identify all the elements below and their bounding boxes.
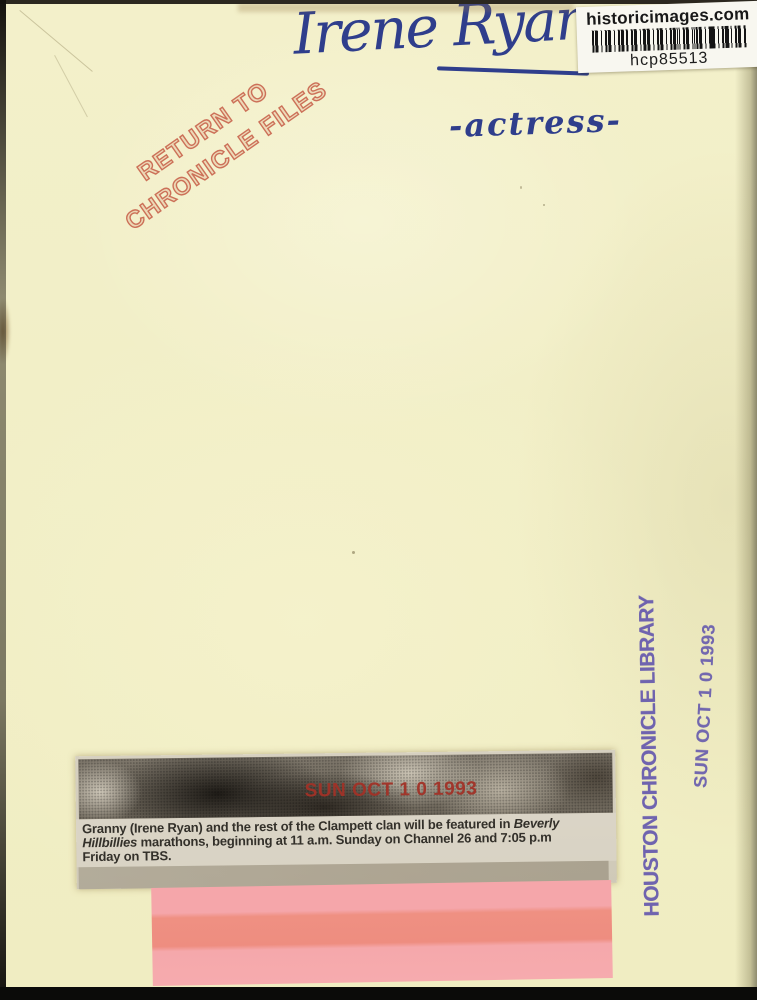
handwritten-subject-role: -actress- <box>448 101 622 145</box>
library-date-stamp: SUN OCT 1 0 1993 <box>690 624 720 789</box>
clipping-halftone-photo: SUN OCT 1 0 1993 <box>78 753 613 820</box>
houston-chronicle-library-stamp: HOUSTON CHRONICLE LIBRARY <box>635 595 665 917</box>
top-edge-smudge <box>238 3 574 12</box>
scan-edge-top <box>0 0 757 4</box>
paper-crease <box>19 10 92 72</box>
scan-edge-right <box>735 0 757 1000</box>
vendor-barcode-label: historicimages.com hcp85513 <box>576 1 757 73</box>
newspaper-clipping: SUN OCT 1 0 1993 Granny (Irene Ryan) and… <box>75 750 617 890</box>
handwritten-underline <box>437 66 589 75</box>
photo-back-scan: RETURN TO CHRONICLE FILES Irene Ryan -ac… <box>0 0 757 1000</box>
return-to-chronicle-files-stamp: RETURN TO CHRONICLE FILES <box>100 52 326 238</box>
paper-speck <box>543 204 545 206</box>
paper-speck <box>520 186 522 189</box>
scan-edge-left <box>0 0 6 1000</box>
scan-edge-bottom <box>0 987 757 1000</box>
clipping-date-stamp: SUN OCT 1 0 1993 <box>305 778 478 802</box>
pink-tape-strip <box>151 880 613 986</box>
caption-show-title: Beverly <box>514 815 560 831</box>
paper-speck <box>352 551 355 554</box>
clipping-caption: Granny (Irene Ryan) and the rest of the … <box>76 813 617 868</box>
